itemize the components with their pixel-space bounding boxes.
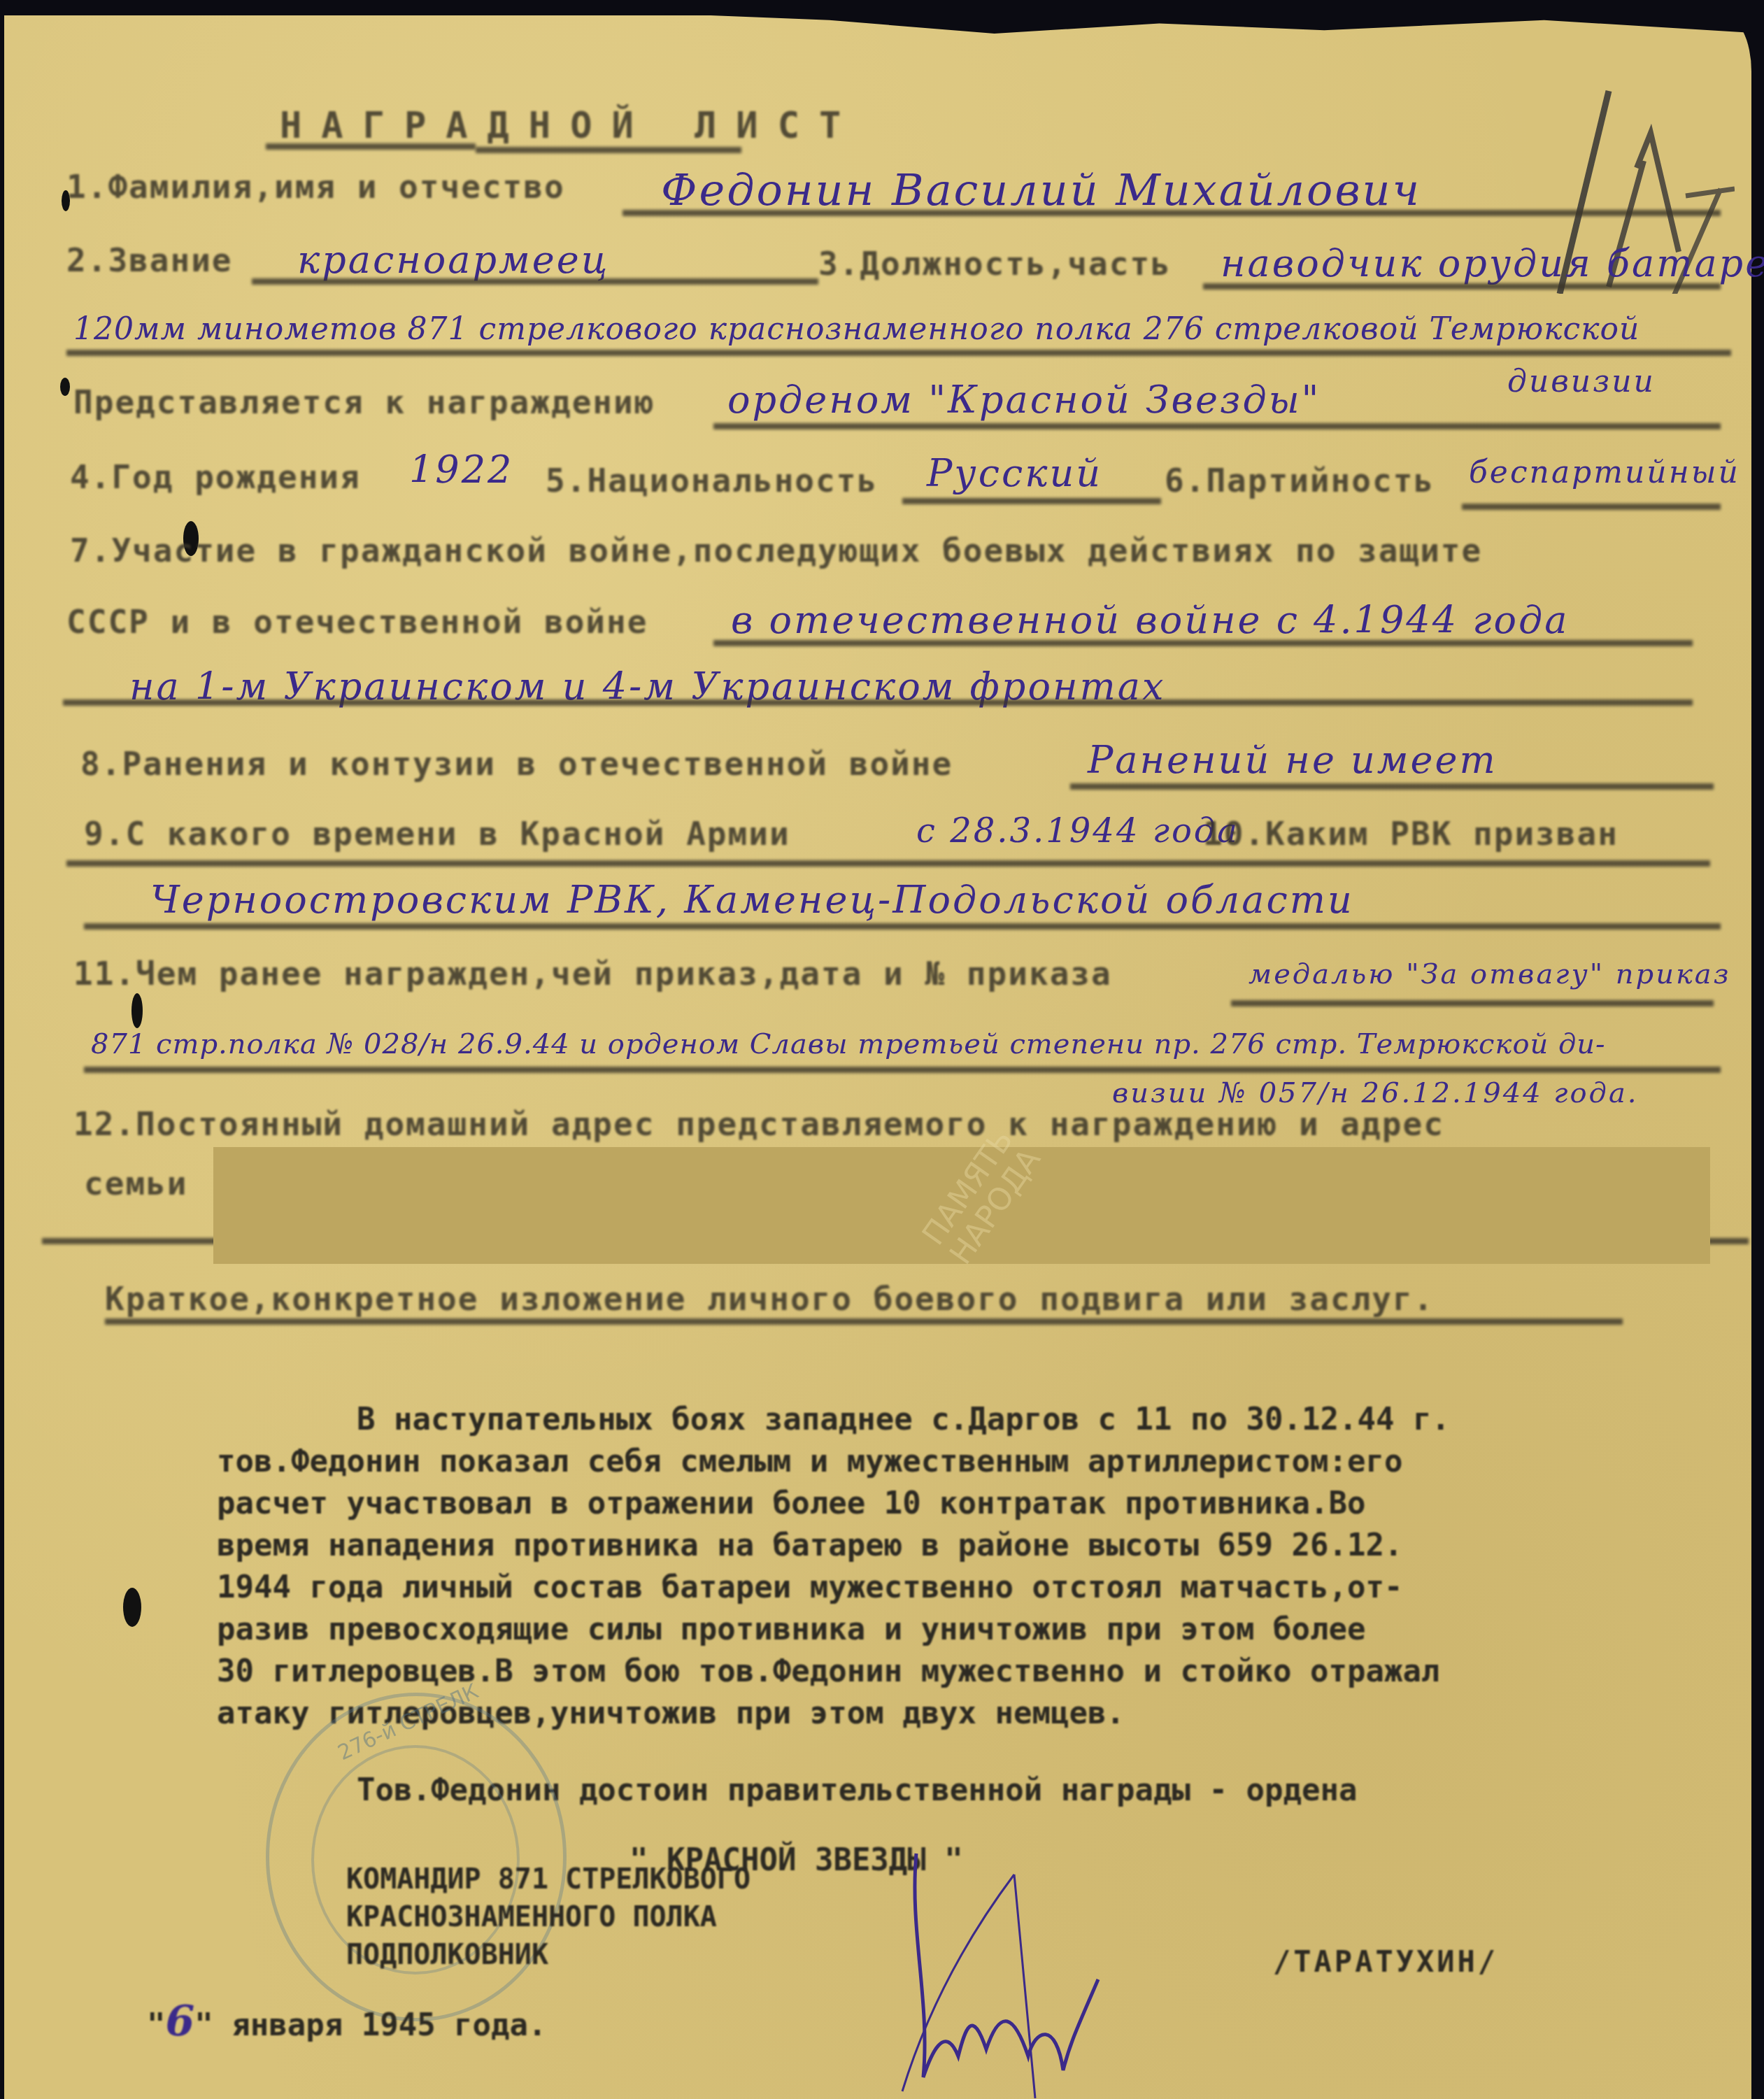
narrative-line: тов.Федонин показал себя смелым и мужест… [217, 1441, 1756, 1483]
narrative-line: расчет участвовал в отражении более 10 к… [217, 1483, 1756, 1525]
field-value-service-since: с 28.3.1944 года [916, 811, 1239, 851]
date-rest: " января 1945 года. [194, 2007, 546, 2043]
field-value-prior-awards: медалью "За отвагу" приказ [1249, 958, 1730, 990]
punch-hole [60, 378, 70, 396]
field-value-draft-office: Черноостровским РВК, Каменец-Подольской … [150, 878, 1354, 922]
field-value-war-participation: в отечественной войне с 4.1944 года [731, 598, 1569, 642]
field-label-birth-year: 4.Год рождения [70, 458, 361, 496]
field-rule [1070, 783, 1714, 790]
field-value-award: орденом "Красной Звезды" [727, 378, 1321, 422]
narrative-line: 30 гитлеровцев.В этом бою тов.Федонин му… [217, 1651, 1756, 1693]
field-rule [84, 923, 1721, 930]
field-value-rank: красноармеец [297, 238, 609, 282]
field-label-draft-office: 10.Каким РВК призван [1203, 815, 1619, 853]
field-value-position: наводчик орудия батареи [1221, 241, 1764, 285]
field-label-service-since: 9.С какого времени в Красной Армии [84, 815, 790, 853]
document-date: "6" января 1945 года. [147, 1997, 547, 2046]
field-rule [1462, 504, 1721, 510]
field-label-prior-awards: 11.Чем ранее награжден,чей приказ,дата и… [73, 955, 1112, 992]
field-rule [66, 860, 1710, 867]
signatory-line: ПОДПОЛКОВНИК [346, 1936, 751, 1974]
field-rule [252, 278, 818, 285]
field-value-unit: 120мм минометов 871 стрелкового краснозн… [73, 311, 1639, 347]
field-rule [1231, 1000, 1714, 1006]
field-label-nominated: Представляется к награждению [73, 383, 655, 421]
punch-hole [131, 993, 143, 1028]
narrative-line: В наступательных боях западнее с.Даргов … [217, 1399, 1756, 1441]
title-underline [266, 143, 476, 150]
field-label-home-address: 12.Постоянный домашний адрес представляе… [73, 1105, 1444, 1143]
section-heading: Краткое,конкретное изложение личного бое… [105, 1280, 1434, 1318]
signatory-surname: /ТАРАТУХИН/ [1273, 1944, 1498, 1979]
field-rule [63, 699, 1693, 706]
field-rule [713, 423, 1721, 429]
field-label-patriotic-war: СССР и в отечественной войне [66, 603, 648, 641]
field-rule [1203, 283, 1721, 290]
field-rule [902, 498, 1161, 504]
signatory-block: КОМАНДИР 871 СТРЕЛКОВОГО КРАСНОЗНАМЕННОГ… [346, 1860, 751, 1974]
narrative-line: время нападения противника на батарею в … [217, 1525, 1756, 1567]
handwritten-signature [888, 1847, 1154, 2098]
field-value-party: беспартийный [1469, 455, 1740, 490]
punch-hole [123, 1588, 141, 1627]
document-title: НАГРАДНОЙ ЛИСТ [280, 105, 860, 147]
field-value-division: дивизии [1507, 364, 1656, 399]
field-rule [84, 1067, 1721, 1073]
signatory-line: КОМАНДИР 871 СТРЕЛКОВОГО [346, 1860, 751, 1898]
field-value-birth-year: 1922 [409, 448, 513, 492]
field-label-nationality: 5.Национальность [546, 462, 878, 499]
field-value-prior-awards-cont: 871 стр.полка № 028/н 26.9.44 и орденом … [91, 1028, 1606, 1060]
field-label-family: семьи [84, 1165, 187, 1202]
field-label-rank: 2.Звание [66, 241, 233, 279]
field-label-position: 3.Должность,часть [818, 245, 1172, 283]
field-value-nationality: Русский [927, 451, 1102, 495]
field-label-party: 6.Партийность [1165, 462, 1435, 499]
date-prefix: " [147, 2007, 166, 2043]
narrative-line: разив превосходящие силы противника и ун… [217, 1609, 1756, 1651]
date-day: 6 [166, 1997, 195, 2046]
field-label-name: 1.Фамилия,имя и отчество [66, 168, 565, 206]
section-underline [105, 1318, 1623, 1325]
field-rule [713, 640, 1693, 646]
field-rule [623, 210, 1721, 216]
field-value-name: Федонин Василий Михайлович [661, 164, 1421, 215]
field-value-wounds: Ранений не имеет [1088, 738, 1498, 782]
signatory-line: КРАСНОЗНАМЕННОГО ПОЛКА [346, 1898, 751, 1936]
title-underline [476, 147, 741, 153]
narrative-line: 1944 года личный состав батареи мужестве… [217, 1567, 1756, 1609]
field-rule [66, 350, 1731, 356]
field-label-wounds: 8.Ранения и контузии в отечественной вой… [80, 745, 953, 783]
field-label-war-participation: 7.Участие в гражданской войне,последующи… [70, 532, 1482, 569]
